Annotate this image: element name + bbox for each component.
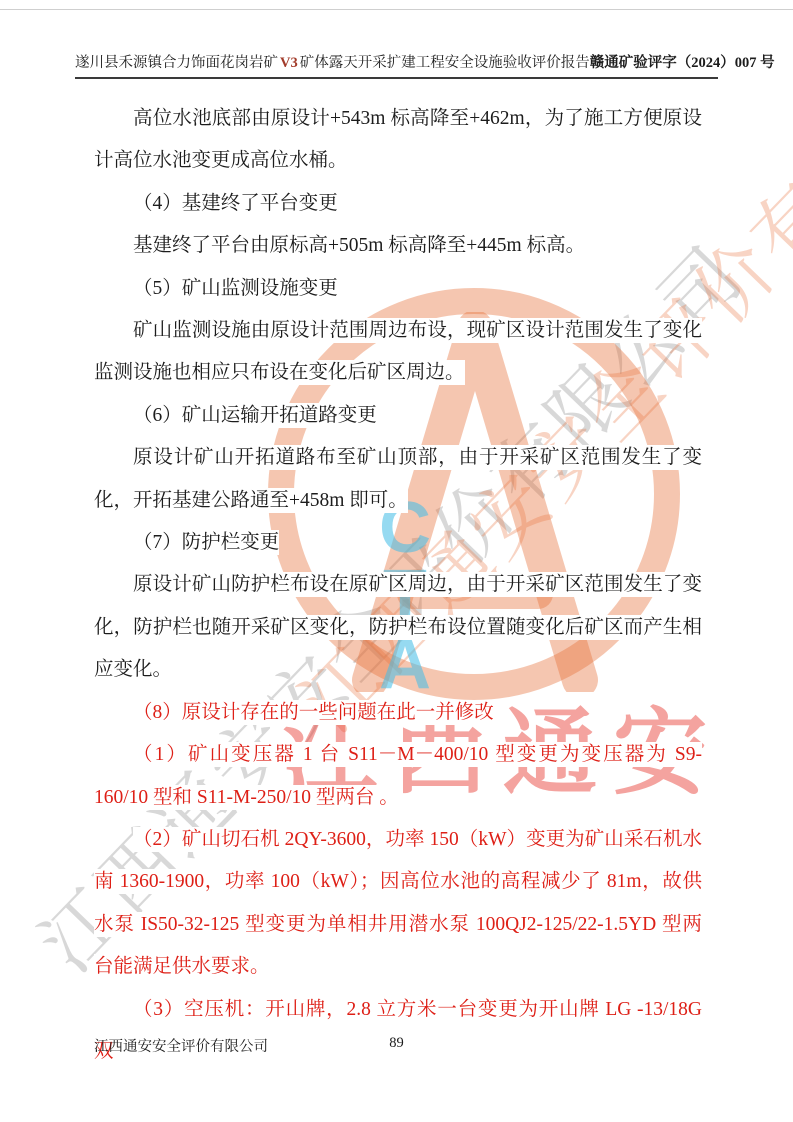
paragraph-text: 原设计矿山防护栏布设在原矿区周边，由于开采矿区范围发生了变化，防护栏也随开采矿区… xyxy=(94,572,702,682)
paragraph-text: （6）矿山运输开拓道路变更 xyxy=(133,403,377,428)
body-paragraph: （7）防护栏变更 xyxy=(94,522,702,564)
page-header: 遂川县禾源镇合力饰面花岗岩矿V3矿体露天开采扩建工程安全设施验收评价报告 赣通矿… xyxy=(75,53,718,79)
document-number: 赣通矿验评字（2024）007 号 xyxy=(590,53,775,73)
body-paragraph: 基建终了平台由原标高+505m 标高降至+445m 标高。 xyxy=(94,225,702,267)
body-paragraph: （1）矿山变压器 1 台 S11－M－400/10 型变更为变压器为 S9-16… xyxy=(94,734,702,819)
body-paragraph: （2）矿山切石机 2QY-3600，功率 150（kW）变更为矿山采石机水南 1… xyxy=(94,819,702,989)
page-footer: 江西通安安全评价有限公司 89 xyxy=(0,1035,793,1059)
body-paragraph: 原设计矿山防护栏布设在原矿区周边，由于开采矿区范围发生了变化，防护栏也随开采矿区… xyxy=(94,564,702,691)
paragraph-text: 基建终了平台由原标高+505m 标高降至+445m 标高。 xyxy=(133,233,585,258)
body-paragraph: 原设计矿山开拓道路布至矿山顶部，由于开采矿区范围发生了变化，开拓基建公路通至+4… xyxy=(94,437,702,522)
page-top-edge-line xyxy=(0,9,793,10)
paragraph-text: 原设计矿山开拓道路布至矿山顶部，由于开采矿区范围发生了变化，开拓基建公路通至+4… xyxy=(94,445,702,512)
paragraph-text: （8）原设计存在的一些问题在此一并修改 xyxy=(133,700,494,725)
paragraph-text: 矿山监测设施由原设计范围周边布设，现矿区设计范围发生了变化监测设施也相应只布设在… xyxy=(94,318,702,385)
report-title-pre: 遂川县禾源镇合力饰面花岗岩矿 xyxy=(75,55,278,71)
report-title-post: 矿体露天开采扩建工程安全设施验收评价报告 xyxy=(300,55,590,71)
body-paragraph: （8）原设计存在的一些问题在此一并修改 xyxy=(94,692,702,734)
paragraph-text: （2）矿山切石机 2QY-3600，功率 150（kW）变更为矿山采石机水南 1… xyxy=(94,827,702,979)
body-paragraph: 矿山监测设施由原设计范围周边布设，现矿区设计范围发生了变化监测设施也相应只布设在… xyxy=(94,310,702,395)
report-title: 遂川县禾源镇合力饰面花岗岩矿V3矿体露天开采扩建工程安全设施验收评价报告 xyxy=(75,53,590,73)
paragraph-text: （5）矿山监测设施变更 xyxy=(133,276,338,301)
body-paragraph: 高位水池底部由原设计+543m 标高降至+462m，为了施工方便原设计高位水池变… xyxy=(94,98,702,183)
paragraph-text: （1）矿山变压器 1 台 S11－M－400/10 型变更为变压器为 S9-16… xyxy=(94,742,702,809)
footer-page-number: 89 xyxy=(0,1035,793,1052)
report-title-orebody-mark: V3 xyxy=(278,55,300,71)
body-paragraph: （3）空压机：开山牌，2.8 立方米一台变更为开山牌 LG -13/18G 双 xyxy=(94,989,702,1074)
body-paragraph: （6）矿山运输开拓道路变更 xyxy=(94,395,702,437)
body-paragraph: （4）基建终了平台变更 xyxy=(94,183,702,225)
paragraph-text: （4）基建终了平台变更 xyxy=(133,191,338,216)
document-page: 江西通安安全评价有限公司 江西通安安全评价有限公司 C T A 江西通安 遂川县… xyxy=(0,0,793,1122)
paragraph-text: （7）防护栏变更 xyxy=(133,530,279,555)
document-body: 高位水池底部由原设计+543m 标高降至+462m，为了施工方便原设计高位水池变… xyxy=(94,98,702,1073)
paragraph-text: 高位水池底部由原设计+543m 标高降至+462m，为了施工方便原设计高位水池变… xyxy=(94,106,702,173)
body-paragraph: （5）矿山监测设施变更 xyxy=(94,268,702,310)
